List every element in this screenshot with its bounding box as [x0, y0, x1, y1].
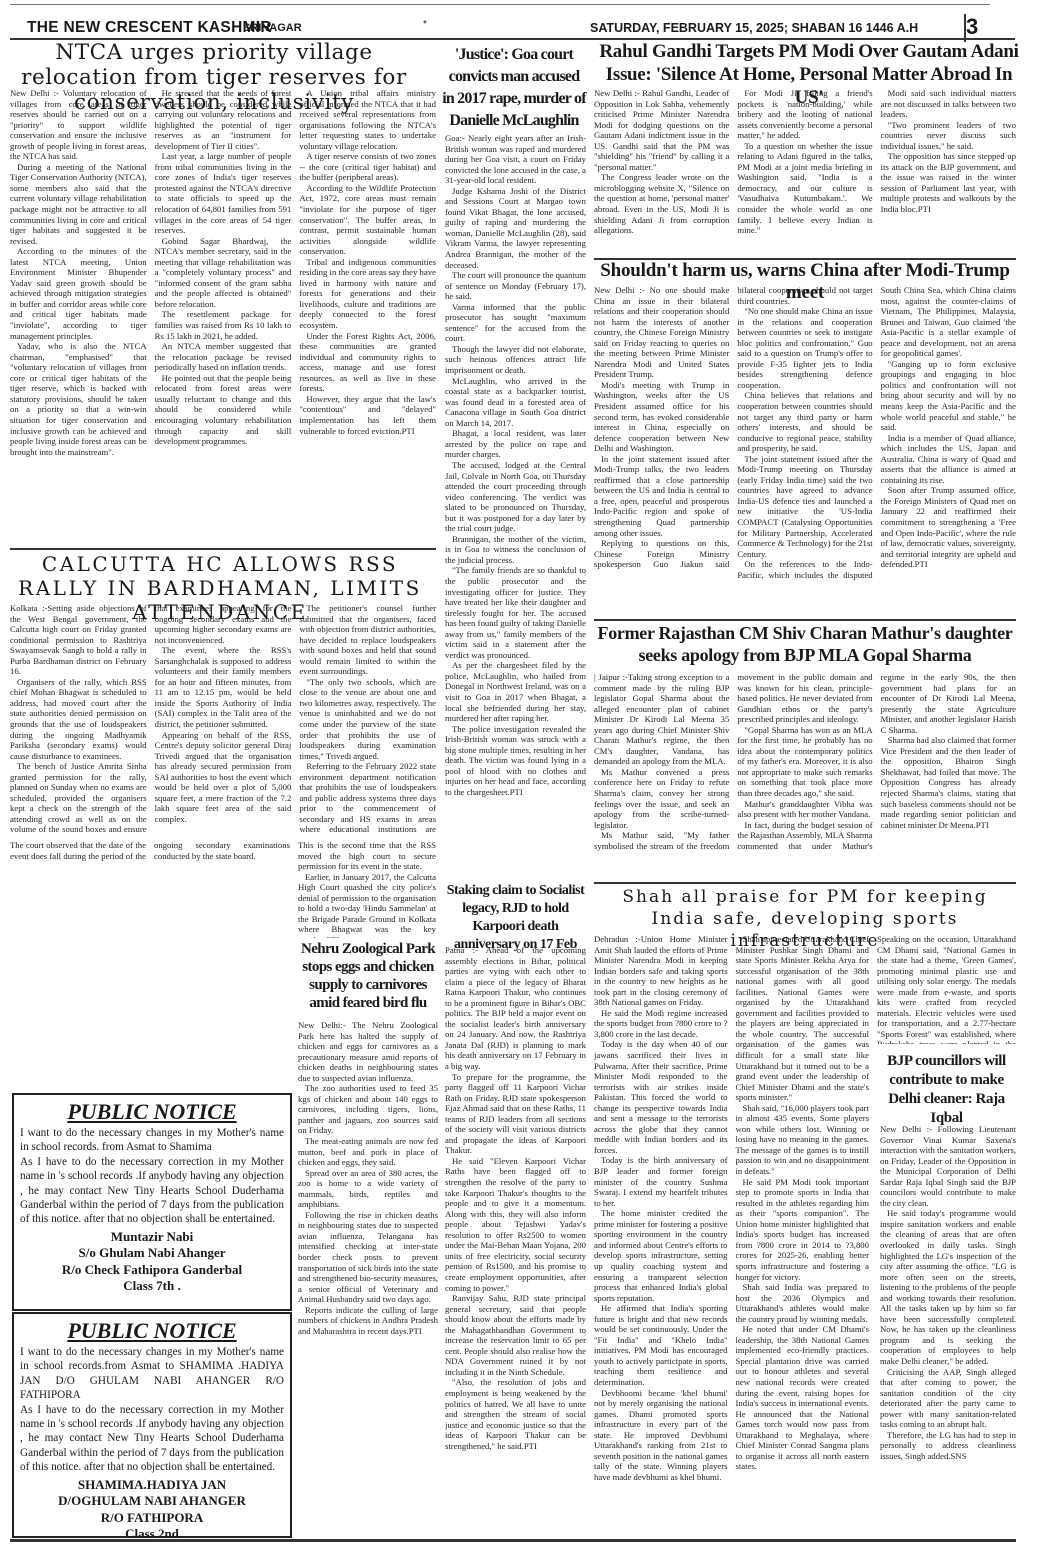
article-calcutta-body-top: Kolkata :-Setting aside objections of th…: [10, 603, 436, 840]
paragraph: Judge Kshama Joshi of the District and S…: [445, 186, 586, 270]
paragraph: Ms Mathur convened a press conference he…: [594, 767, 729, 830]
paragraph: "Two prominent leaders of two countries …: [881, 120, 1016, 152]
paragraph: Today is the birth anniversary of BJP le…: [594, 1155, 728, 1208]
paragraph: New Delhi :- Voluntary relocation of vil…: [10, 88, 147, 162]
paragraph: To prepare for the programme, the party …: [445, 1072, 586, 1156]
paragraph: He affirmed that India's sporting future…: [594, 1303, 728, 1387]
paragraph: To a question on whether the issue relat…: [737, 141, 872, 236]
article-bjp-delhi-body: New Delhi :- Following Lieutenant Govern…: [880, 1124, 1016, 1529]
paragraph: Shah said, "16,000 players took part in …: [736, 1103, 870, 1177]
masthead: THE NEW CRESCENT KASHMIR SRINAGAR * SATU…: [0, 4, 1039, 40]
public-notice-2: PUBLIC NOTICE I want to do the necessary…: [12, 1312, 292, 1538]
notice-paragraph: As I have to do the necessary correction…: [20, 1155, 284, 1227]
paragraph: The zoo authorities used to feed 35 kgs …: [298, 1083, 438, 1136]
paragraph: Last year, a large number of people from…: [155, 151, 292, 235]
paragraph: An NTCA member suggested that the reloca…: [155, 341, 292, 373]
headline-goa: 'Justice': Goa court convicts man accuse…: [442, 44, 586, 132]
headline-rjd: Staking claim to Socialist legacy, RJD t…: [445, 882, 586, 954]
article-zoo-body: New Delhi:- The Nehru Zoological Park he…: [298, 1020, 438, 1525]
signature-line: R/O FATHIPORA: [20, 1510, 284, 1527]
paragraph: Under the Forest Rights Act, 2006, these…: [299, 331, 436, 394]
paragraph: McLaughlin, who arrived in the coastal s…: [445, 376, 586, 429]
article-rahul-body: New Delhi :- Rahul Gandhi, Leader of Opp…: [594, 88, 1016, 251]
paragraph: "Gopal Sharma has won as an MLA for the …: [737, 725, 872, 799]
paragraph: India is a member of Quad alliance, whic…: [881, 433, 1016, 486]
paragraph: New Delhi:- The Nehru Zoological Park he…: [298, 1020, 438, 1083]
paragraph: He said "Eleven Karpoori Vichar Raths ha…: [445, 1156, 586, 1293]
paragraph: Criticising the AAP, Singh alleged that …: [880, 1367, 1016, 1430]
headline-mathur: Former Rajasthan CM Shiv Charan Mathur's…: [594, 622, 1016, 666]
paragraph: "No one should make China an issue in th…: [737, 306, 872, 390]
paragraph: Mathur's granddaughter Vibha was also pr…: [737, 799, 872, 820]
paragraph: The home minister credited the prime min…: [594, 1208, 728, 1303]
paragraph: The Congress leader wrote on the microbl…: [594, 172, 729, 235]
paragraph: Organisers of the rally, which RSS chief…: [10, 677, 147, 761]
paragraph: The court observed that the date of the …: [10, 840, 290, 861]
signature-line: Class 7th .: [20, 1278, 284, 1295]
paragraph: Modi's meeting with Trump in Washington,…: [594, 380, 729, 454]
paragraph: The resettlement package for families wa…: [155, 309, 292, 341]
paragraph: Kolkata :-Setting aside objections of th…: [10, 603, 147, 677]
paragraph: Yadav, who is also the NTCA chairman, "e…: [10, 341, 147, 457]
article-mathur-body: | Jaipur :-Taking strong exception to a …: [594, 672, 1016, 880]
issue-date: SATURDAY, FEBRUARY 15, 2025; SHABAN 16 1…: [590, 21, 918, 35]
section-rule: [594, 619, 1016, 621]
paragraph: Though the lawyer did not elaborate, suc…: [445, 344, 586, 376]
paragraph: Speaking on the occasion, Uttarakhand CM…: [877, 934, 1016, 1044]
paragraph: China believes that relations and cooper…: [737, 390, 872, 453]
article-shah-body-end: Speaking on the occasion, Uttarakhand CM…: [877, 934, 1016, 1044]
paragraph: According to the Wildlife Protection Act…: [299, 183, 436, 257]
paragraph: Bhagat, a local resident, was later arre…: [445, 428, 586, 460]
article-goa-body: Goa:- Nearly eight years after an Irish-…: [445, 133, 586, 843]
paragraph: He pointed out that the people being rel…: [155, 373, 292, 447]
paragraph: Tribal and indigenous communities residi…: [299, 257, 436, 331]
signature-line: R/o Check Fathipora Ganderbal: [20, 1262, 284, 1279]
star-mark: *: [423, 19, 427, 30]
headline-bjp-delhi: BJP councillors will contribute to make …: [877, 1052, 1016, 1128]
page-bottom-rule: [10, 1539, 1016, 1542]
paragraph: However, they argue that the law's "cont…: [299, 394, 436, 436]
article-calcutta-body-mid: The court observed that the date of the …: [10, 840, 290, 1082]
paragraph: The joint statement issued after the Mod…: [737, 454, 872, 559]
headline-zoo: Nehru Zoological Park stops eggs and chi…: [298, 940, 438, 1012]
paragraph: New Delhi :- Following Lieutenant Govern…: [880, 1124, 1016, 1208]
paragraph: This is the second time that the RSS mov…: [298, 840, 436, 872]
paragraph: | Jaipur :-Taking strong exception to a …: [594, 672, 729, 767]
paragraph: Gobind Sagar Bhardwaj, the NTCA's member…: [155, 236, 292, 310]
paragraph: For Modi Ji, filling a friend's pockets …: [737, 88, 872, 141]
paragraph: "The only two schools, which are close t…: [299, 677, 436, 761]
notice-body: I want to do the necessary changes in my…: [20, 1126, 284, 1227]
paragraph: Earlier, in January 2017, the Calcutta H…: [298, 872, 436, 938]
paragraph: Patna :- Ahead of the upcoming assembly …: [445, 945, 586, 1072]
paragraph: A tiger reserve consists of two zones --…: [299, 151, 436, 183]
paragraph: Today is the day when 40 of our jawans s…: [594, 1039, 728, 1155]
paragraph: The court will pronounce the quantum of …: [445, 270, 586, 302]
paragraph: Modi said such individual matters are no…: [881, 88, 1016, 120]
notice-body: I want to do the necessary changes in my…: [20, 1345, 284, 1475]
article-calcutta-body-end: This is the second time that the RSS mov…: [298, 840, 436, 938]
paragraph: Ranvijay Sahu, RJD state principal gener…: [445, 1293, 586, 1377]
paragraph: Soon after Trump assumed office, the For…: [881, 485, 1016, 569]
article-rjd-body: Patna :- Ahead of the upcoming assembly …: [445, 945, 586, 1527]
paragraph: The meat-eating animals are now fed mutt…: [298, 1136, 438, 1168]
paragraph: He stressed that the needs of forest dwe…: [155, 88, 292, 151]
notice-paragraph: I want to do the necessary changes in my…: [20, 1345, 284, 1403]
paragraph: The police investigation revealed the Ir…: [445, 724, 586, 798]
paragraph: The event, where the RSS's Sarsanghchala…: [155, 645, 292, 729]
article-shah-body: Dehradun :-Union Home Minister Amit Shah…: [594, 934, 869, 1529]
section-rule: [594, 882, 1016, 884]
notice-signature: Muntazir Nabi S/o Ghulam Nabi Ahanger R/…: [20, 1229, 284, 1295]
paragraph: According to the minutes of the latest N…: [10, 246, 147, 341]
article-ntca-body: New Delhi :- Voluntary relocation of vil…: [10, 88, 436, 546]
signature-line: D/OGHULAM NABI AHANGER: [20, 1493, 284, 1510]
article-china-body: New Delhi :- No one should make China an…: [594, 285, 1016, 615]
notice-signature: SHAMIMA.HADIYA JAN D/OGHULAM NABI AHANGE…: [20, 1477, 284, 1543]
paragraph: Sharma had also claimed that former Vice…: [881, 735, 1016, 830]
notice-title: PUBLIC NOTICE: [20, 1099, 284, 1125]
paragraph: Appearing on behalf of the RSS, Centre's…: [155, 730, 292, 825]
paragraph: The accused, lodged at the Central Jail,…: [445, 460, 586, 534]
paragraph: Devbhoomi became 'khel bhumi' not by mer…: [594, 1388, 728, 1483]
paragraph: The petitioner's counsel further submitt…: [299, 603, 436, 677]
paragraph: Spread over an area of 380 acres, the zo…: [298, 1168, 438, 1210]
paragraph: New Delhi :- Rahul Gandhi, Leader of Opp…: [594, 88, 729, 172]
paragraph: Dehradun :-Union Home Minister Amit Shah…: [594, 934, 728, 1008]
paragraph: "Ganging up to form exclusive groupings …: [881, 359, 1016, 433]
notice-paragraph: I want to do the necessary changes in my…: [20, 1126, 284, 1155]
paragraph: Therefore, the LG has had to step in per…: [880, 1430, 1016, 1462]
paragraph: He said today's programme would inspire …: [880, 1208, 1016, 1366]
paragraph: A Union tribal affairs ministry official…: [299, 88, 436, 151]
paragraph: Goa:- Nearly eight years after an Irish-…: [445, 133, 586, 186]
public-notice-1: PUBLIC NOTICE I want to do the necessary…: [12, 1093, 292, 1311]
paragraph: As per the chargesheet filed by the poli…: [445, 660, 586, 723]
paragraph: Following the rise in chicken deaths in …: [298, 1210, 438, 1305]
section-rule: [10, 548, 436, 550]
signature-line: S/o Ghulam Nabi Ahanger: [20, 1245, 284, 1262]
paragraph: Shah said India was prepared to host the…: [736, 1282, 870, 1324]
notice-paragraph: As I have to do the necessary correction…: [20, 1403, 284, 1475]
paragraph: In the joint statement issued after Modi…: [594, 454, 729, 538]
notice-title: PUBLIC NOTICE: [20, 1318, 284, 1344]
paragraph: New Delhi :- No one should make China an…: [594, 285, 729, 380]
paragraph: "Also, the resolution of jobs and employ…: [445, 1377, 586, 1451]
paragraph: During a meeting of the National Tiger C…: [10, 162, 147, 246]
paragraph: He said the Modi regime increased the sp…: [594, 1008, 728, 1040]
paragraph: He noted that under CM Dhami's leadershi…: [736, 1324, 870, 1472]
paragraph: Varma informed that the public prosecuto…: [445, 302, 586, 344]
signature-line: Muntazir Nabi: [20, 1229, 284, 1246]
paragraph: Shah appreciated Uttarakhand Chief Minis…: [736, 934, 870, 1103]
paragraph: "The family friends are so thankful to t…: [445, 565, 586, 660]
edition-city: SRINAGAR: [243, 22, 302, 34]
paragraph: The opposition has since stepped up its …: [881, 151, 1016, 214]
newspaper-name: THE NEW CRESCENT KASHMIR: [27, 19, 272, 37]
paragraph: Reports indicate the culling of large nu…: [298, 1305, 438, 1337]
signature-line: SHAMIMA.HADIYA JAN: [20, 1477, 284, 1494]
paragraph: He said PM Modi took important step to p…: [736, 1177, 870, 1282]
page-number: 3: [966, 14, 978, 40]
paragraph: Brannigan, the mother of the victim, is …: [445, 534, 586, 566]
